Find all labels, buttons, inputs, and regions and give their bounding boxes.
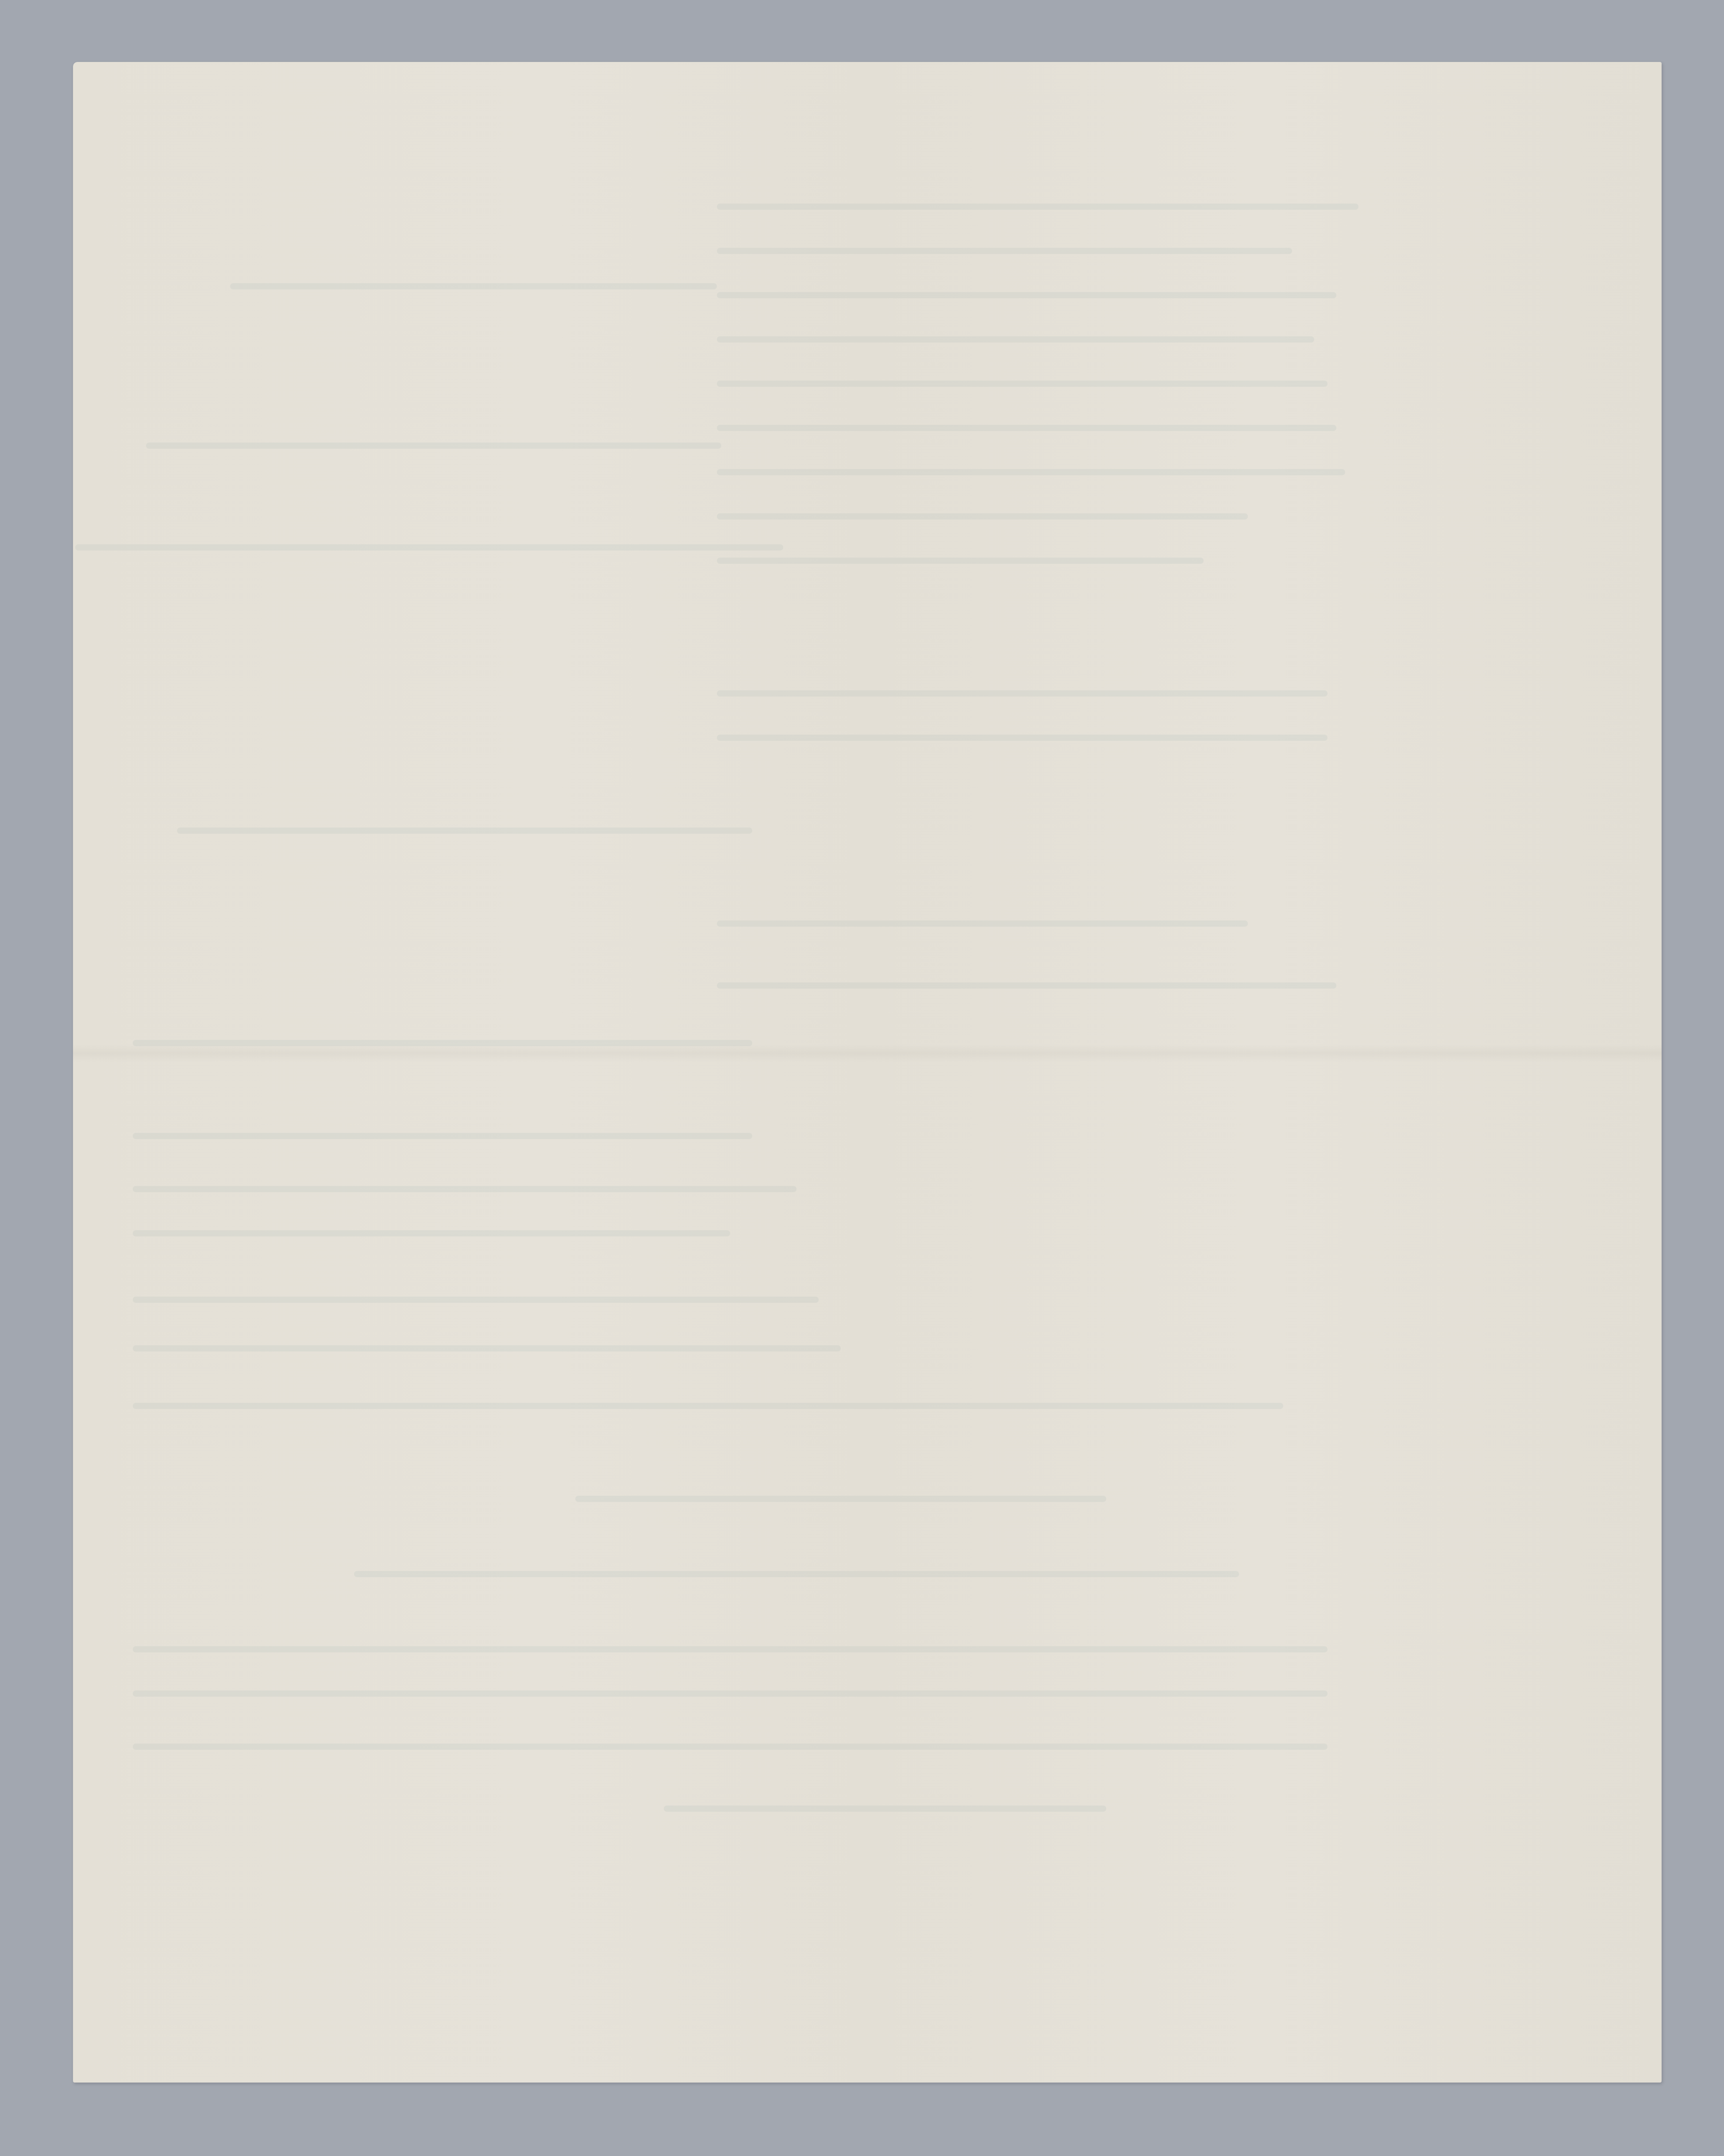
show-through-line <box>133 1186 797 1192</box>
show-through-line <box>354 1571 1239 1577</box>
show-through-line <box>717 735 1328 741</box>
fold-crease <box>73 1044 1662 1062</box>
show-through-line <box>717 292 1336 298</box>
show-through-line <box>575 1496 1106 1502</box>
show-through-line <box>717 558 1204 564</box>
show-through-line <box>717 336 1314 343</box>
show-through-line <box>717 381 1328 387</box>
show-through-line <box>717 920 1248 927</box>
show-through-line <box>717 204 1358 210</box>
show-through-line <box>133 1040 752 1046</box>
show-through-line <box>133 1690 1328 1697</box>
show-through-line <box>177 828 752 834</box>
show-through-line <box>230 283 717 289</box>
show-through-line <box>717 469 1345 475</box>
show-through-line <box>717 425 1336 431</box>
show-through-line <box>133 1133 752 1139</box>
show-through-line <box>133 1744 1328 1750</box>
show-through-line <box>146 443 721 449</box>
show-through-line <box>664 1806 1106 1812</box>
show-through-line <box>133 1230 730 1236</box>
show-through-line <box>133 1297 819 1303</box>
show-through-line <box>717 513 1248 520</box>
show-through-line <box>717 690 1328 697</box>
show-through-line <box>717 248 1292 254</box>
paper-sheet <box>73 62 1662 2083</box>
show-through-line <box>133 1345 841 1351</box>
show-through-line <box>717 982 1336 989</box>
show-through-line <box>133 1403 1283 1409</box>
show-through-line <box>133 1646 1328 1652</box>
show-through-line <box>75 544 783 551</box>
